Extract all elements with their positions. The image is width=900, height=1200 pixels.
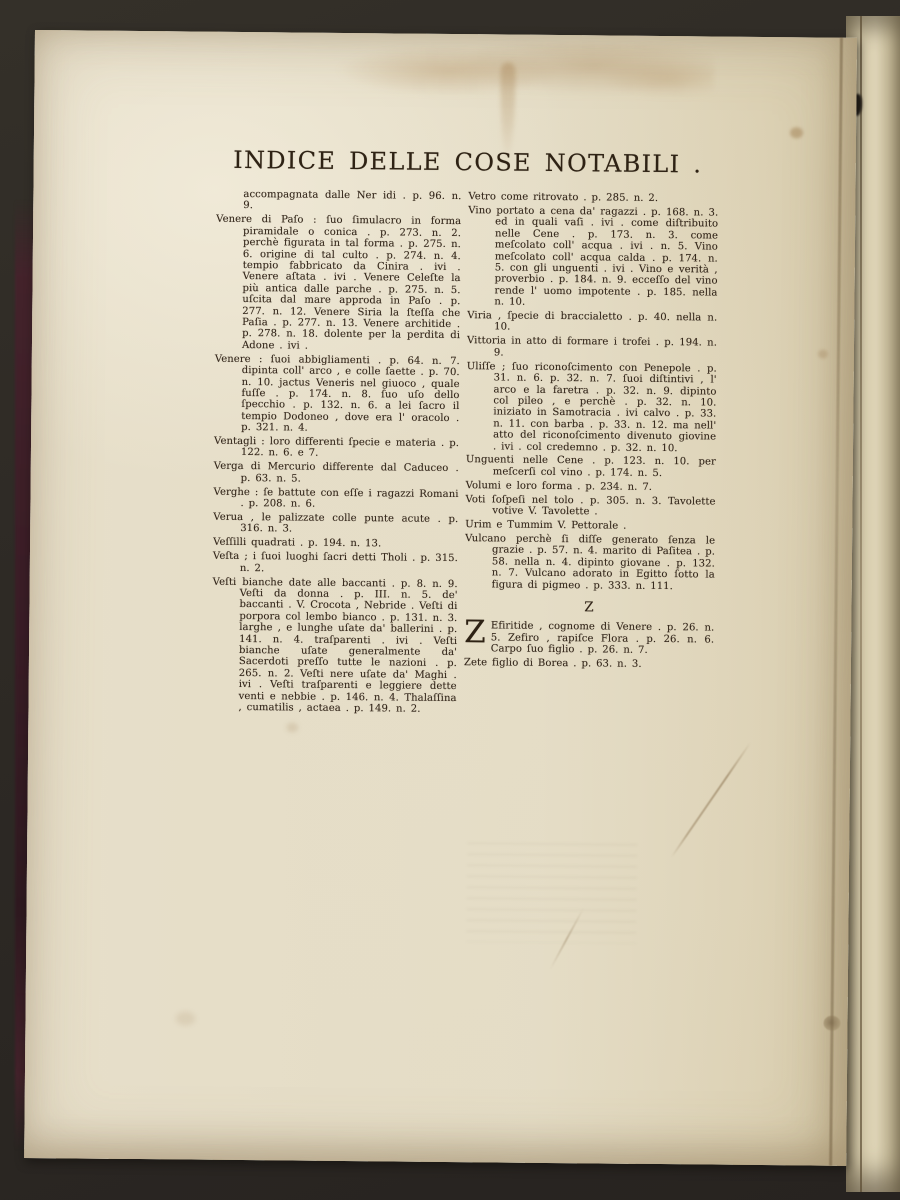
- index-entry: Unguenti nelle Cene . p. 123. n. 10. per…: [466, 455, 716, 480]
- entry-text: Uliſſe ; ſuo riconoſcimento con Penepole…: [467, 361, 717, 454]
- index-entry: Voti ſoſpeſi nel tolo . p. 305. n. 3. Ta…: [465, 494, 715, 519]
- page-gutter-crease: [829, 38, 843, 1166]
- entry-text: Veſti bianche date alle baccanti . p. 8.…: [213, 576, 458, 714]
- entry-text: Verua , le palizzate colle punte acute .…: [213, 512, 458, 535]
- page-edge-crease: [860, 16, 862, 1192]
- index-entry: Viria , ſpecie di braccialetto . p. 40. …: [467, 310, 717, 335]
- foxing-spot: [818, 350, 828, 359]
- entry-text: Verghe : ſe battute con eſſe i ragazzi R…: [214, 486, 459, 509]
- entry-text: Vulcano perchè ſi diſſe generato ſenza l…: [465, 533, 715, 592]
- index-entry: Veſta ; i ſuoi luoghi ſacri detti Tholi …: [213, 551, 458, 576]
- index-entry: Verghe : ſe battute con eſſe i ragazzi R…: [213, 486, 458, 511]
- entry-text: Volumi e loro forma . p. 234. n. 7.: [466, 480, 653, 493]
- index-column-right: Vetro come ritrovato . p. 285. n. 2.Vino…: [463, 191, 718, 720]
- entry-text: Verga di Mercurio differente dal Caduceo…: [214, 461, 459, 484]
- entry-text: Venere : ſuoi abbigliamenti . p. 64. n. …: [215, 353, 460, 433]
- dropcap-letter: Z: [464, 621, 486, 644]
- entry-text: Urim e Tummim V. Pettorale .: [465, 519, 626, 532]
- index-entry: Z: [464, 601, 714, 615]
- index-entry: Verua , le palizzate colle punte acute .…: [213, 512, 458, 537]
- index-entry: Venere : ſuoi abbigliamenti . p. 64. n. …: [214, 353, 460, 435]
- index-entry: Zete figlio di Borea . p. 63. n. 3.: [464, 657, 714, 671]
- entry-text: Ventagli : loro differenti ſpecie e mate…: [214, 436, 459, 459]
- entry-text: Viria , ſpecie di braccialetto . p. 40. …: [467, 310, 717, 333]
- book-page: INDICE DELLE COSE NOTABILI . accompagnat…: [24, 30, 857, 1166]
- show-through-text: [466, 842, 637, 944]
- index-entry: Vittoria in atto di formare i trofei . p…: [467, 336, 717, 361]
- index-entry: Ventagli : loro differenti ſpecie e mate…: [214, 436, 459, 461]
- index-column-left: accompagnata dalle Ner idi . p. 96. n. 9…: [211, 189, 461, 718]
- foxing-spot: [790, 127, 803, 138]
- index-entry: Veſti bianche date alle baccanti . p. 8.…: [211, 576, 457, 715]
- page-title: INDICE DELLE COSE NOTABILI .: [217, 146, 719, 179]
- entry-text: Vittoria in atto di formare i trofei . p…: [467, 336, 717, 359]
- entry-text: Efiritide , cognome di Venere . p. 26. n…: [491, 621, 715, 656]
- water-stain: [334, 41, 715, 109]
- entry-text: Vetro come ritrovato . p. 285. n. 2.: [468, 191, 658, 204]
- index-entry: Urim e Tummim V. Pettorale .: [465, 519, 715, 533]
- entry-text: Veſta ; i ſuoi luoghi ſacri detti Tholi …: [213, 551, 458, 574]
- foxing-spot: [286, 722, 298, 732]
- index-columns: accompagnata dalle Ner idi . p. 96. n. 9…: [211, 189, 718, 721]
- book-photo: INDICE DELLE COSE NOTABILI . accompagnat…: [0, 0, 900, 1200]
- entry-text: Voti ſoſpeſi nel tolo . p. 305. n. 3. Ta…: [465, 494, 715, 518]
- index-entry: accompagnata dalle Ner idi . p. 96. n. 9…: [216, 189, 461, 214]
- paper-crease: [670, 742, 751, 858]
- index-entry: Volumi e loro forma . p. 234. n. 7.: [466, 480, 716, 494]
- entry-text: Z: [584, 599, 595, 615]
- entry-text: Unguenti nelle Cene . p. 123. n. 10. per…: [466, 455, 716, 479]
- entry-text: accompagnata dalle Ner idi . p. 96. n. 9…: [243, 189, 461, 211]
- entry-text: Venere di Paſo : ſuo ſimulacro in forma …: [216, 214, 461, 351]
- index-entry: Vulcano perchè ſi diſſe generato ſenza l…: [465, 533, 716, 592]
- entry-text: Vino portato a cena da' ragazzi . p. 168…: [468, 205, 718, 308]
- entry-text: Zete figlio di Borea . p. 63. n. 3.: [464, 657, 642, 670]
- foxing-spot: [823, 1016, 840, 1031]
- index-entry: Veſſilli quadrati . p. 194. n. 13.: [213, 537, 458, 551]
- index-entry: Vino portato a cena da' ragazzi . p. 168…: [467, 205, 718, 310]
- printed-text-block: INDICE DELLE COSE NOTABILI . accompagnat…: [211, 146, 718, 721]
- index-entry: ZEfiritide , cognome di Venere . p. 26. …: [464, 620, 714, 657]
- index-entry: Vetro come ritrovato . p. 285. n. 2.: [468, 191, 718, 205]
- index-entry: Verga di Mercurio differente dal Caduceo…: [214, 461, 459, 486]
- index-entry: Venere di Paſo : ſuo ſimulacro in forma …: [215, 214, 461, 353]
- index-entry: Uliſſe ; ſuo riconoſcimento con Penepole…: [466, 361, 717, 455]
- entry-text: Veſſilli quadrati . p. 194. n. 13.: [213, 537, 381, 550]
- foxing-spot: [175, 1011, 195, 1025]
